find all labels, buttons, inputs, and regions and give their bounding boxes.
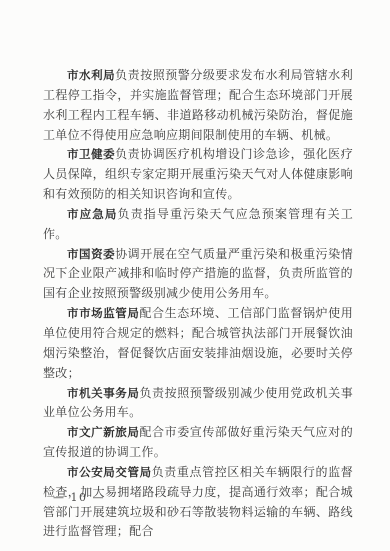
paragraph: 市水利局负责按照预警分级要求发布水利局管辖水利工程停工指令，并实施监督管理；配合… xyxy=(43,66,353,145)
department-name: 市公安局交管局 xyxy=(67,465,152,479)
document-body: 市水利局负责按照预警分级要求发布水利局管辖水利工程停工指令，并实施监督管理；配合… xyxy=(43,66,353,542)
department-name: 市文广新旅局 xyxy=(67,425,139,439)
paragraph: 市国资委协调开展在空气质量严重污染和极重污染情况下企业限产减排和临时停产措施的监… xyxy=(43,245,353,305)
document-page: 市水利局负责按照预警分级要求发布水利局管辖水利工程停工指令，并实施监督管理；配合… xyxy=(0,0,390,551)
department-name: 市国资委 xyxy=(67,247,115,261)
paragraph: 市卫健委负责协调医疗机构增设门诊急诊，强化医疗人员保障，组织专家定期开展重污染天… xyxy=(43,145,353,205)
department-name: 市机关事务局 xyxy=(67,386,139,400)
paragraph: 市文广新旅局配合市委宣传部做好重污染天气应对的宣传报道的协调工作。 xyxy=(43,423,353,463)
paragraph: 市市场监管局配合生态环境、工信部门监督锅炉使用单位使用符合规定的燃料；配合城管执… xyxy=(43,304,353,383)
department-name: 市应急局 xyxy=(67,207,118,221)
paragraph: 市机关事务局负责按照预警级别减少使用党政机关事业单位公务用车。 xyxy=(43,384,353,424)
department-name: 市卫健委 xyxy=(67,147,115,161)
department-name: 市市场监管局 xyxy=(67,306,139,320)
page-number: — 10 — xyxy=(53,491,105,504)
department-name: 市水利局 xyxy=(67,68,115,82)
paragraph: 市应急局负责指导重污染天气应急预案管理有关工作。 xyxy=(43,205,353,245)
